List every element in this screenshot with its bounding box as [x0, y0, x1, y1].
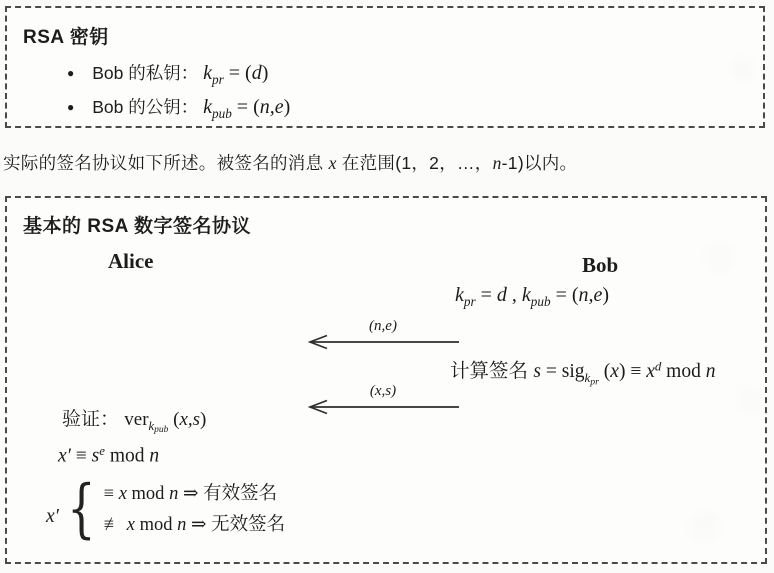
intro-paragraph: 实际的签名协议如下所述。被签名的消息 x 在范围(1，2，…，n-1)以内。 [3, 150, 577, 175]
left-arrow-icon [305, 333, 463, 351]
private-key-equation: kpr = (d) [203, 62, 268, 84]
scanned-page: RSA 密钥 ●Bob 的私钥： kpr = (d) ●Bob 的公钥： kpu… [0, 0, 774, 573]
bullet-dot-icon: ● [67, 100, 74, 114]
left-arrow-icon [305, 398, 463, 416]
public-key-label: Bob 的公钥： [92, 97, 198, 117]
case-line-valid: ≡ x mod n ⇒ 有效签名 [104, 478, 286, 509]
case-variable: x′ [46, 506, 59, 528]
protocol-title: 基本的 RSA 数字签名协议 [23, 211, 251, 238]
bob-keys-equation: kpr = d , kpub = (n,e) [455, 284, 609, 310]
private-key-label: Bob 的私钥： [92, 63, 198, 83]
case-expression: x′ { ≡ x mod n ⇒ 有效签名 ≢ x mod n ⇒ 无效签名 [46, 478, 285, 540]
sign-computation-equation: 计算签名 s = sigkpr (x) ≡ xd mod n [450, 355, 715, 387]
rsa-keys-title: RSA 密钥 [23, 22, 109, 49]
bullet-dot-icon: ● [67, 66, 74, 80]
case-line-invalid: ≢ x mod n ⇒ 无效签名 [104, 509, 286, 540]
verify-equation: 验证： verkpub (x,s) [62, 404, 206, 435]
public-key-equation: kpub = (n,e) [203, 96, 290, 118]
rsa-keys-box: RSA 密钥 ●Bob 的私钥： kpr = (d) ●Bob 的公钥： kpu… [5, 6, 765, 128]
bob-column-header: Bob [582, 253, 618, 278]
alice-column-header: Alice [108, 249, 153, 274]
bullet-public-key: ●Bob 的公钥： kpub = (n,e) [67, 94, 290, 122]
case-brace: { [67, 479, 96, 539]
bullet-private-key: ●Bob 的私钥： kpr = (d) [67, 60, 268, 88]
xprime-equation: x′ ≡ se mod n [58, 444, 159, 467]
